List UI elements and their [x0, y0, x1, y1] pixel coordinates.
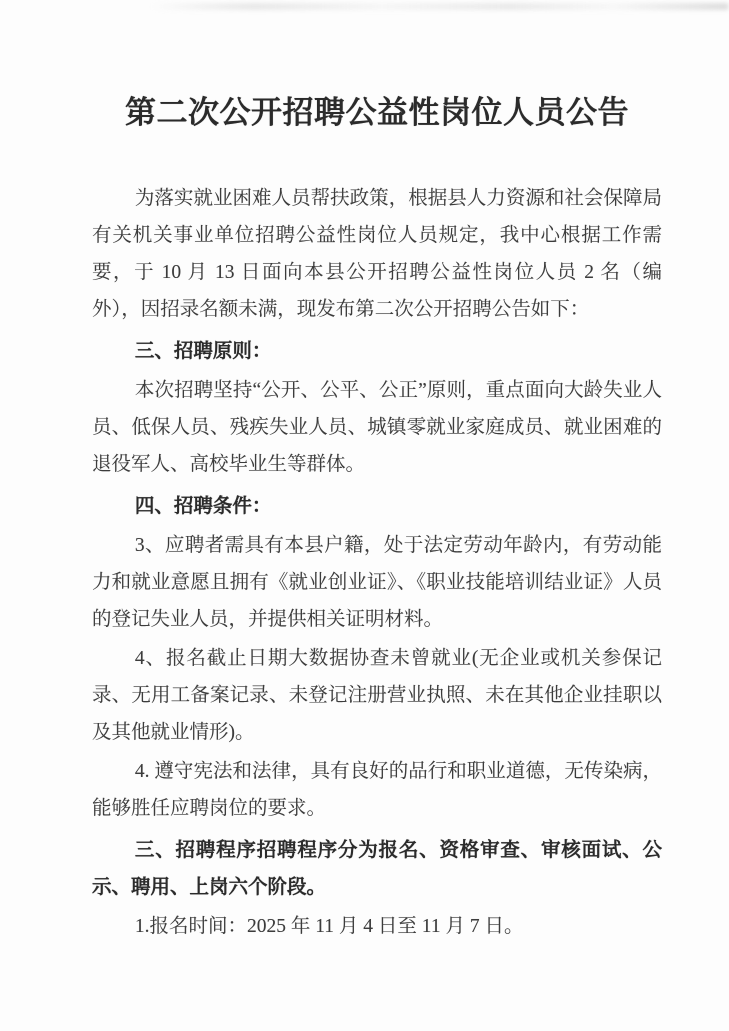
paragraph-condition-residency: 3、应聘者需具有本县户籍，处于法定劳动年龄内，有劳动能力和就业意愿且拥有《就业创… — [92, 527, 662, 638]
paragraph-registration-time: 1.报名时间：2025 年 11 月 4 日至 11 月 7 日。 — [92, 908, 662, 945]
paragraph-recruitment-principles: 本次招聘坚持“公开、公平、公正”原则，重点面向大龄失业人员、低保人员、残疾失业人… — [92, 372, 662, 483]
section-heading-recruitment-conditions: 四、招聘条件： — [92, 488, 662, 525]
paragraph-condition-law-conduct: 4. 遵守宪法和法律，具有良好的品行和职业道德，无传染病，能够胜任应聘岗位的要求… — [92, 753, 662, 827]
paragraph-recruitment-procedure: 三、招聘程序招聘程序分为报名、资格审查、审核面试、公示、聘用、上岗六个阶段。 — [92, 832, 662, 906]
document-title: 第二次公开招聘公益性岗位人员公告 — [92, 92, 662, 134]
paragraph-intro: 为落实就业困难人员帮扶政策，根据县人力资源和社会保障局有关机关事业单位招聘公益性… — [92, 180, 662, 328]
document-body: 第二次公开招聘公益性岗位人员公告 为落实就业困难人员帮扶政策，根据县人力资源和社… — [92, 92, 662, 945]
scanned-document-page: 第二次公开招聘公益性岗位人员公告 为落实就业困难人员帮扶政策，根据县人力资源和社… — [0, 0, 729, 1031]
paragraph-condition-employment-check: 4、报名截止日期大数据协查未曾就业(无企业或机关参保记录、无用工备案记录、未登记… — [92, 640, 662, 751]
section-heading-recruitment-principles: 三、招聘原则： — [92, 333, 662, 370]
scan-edge-shadow — [150, 3, 729, 10]
